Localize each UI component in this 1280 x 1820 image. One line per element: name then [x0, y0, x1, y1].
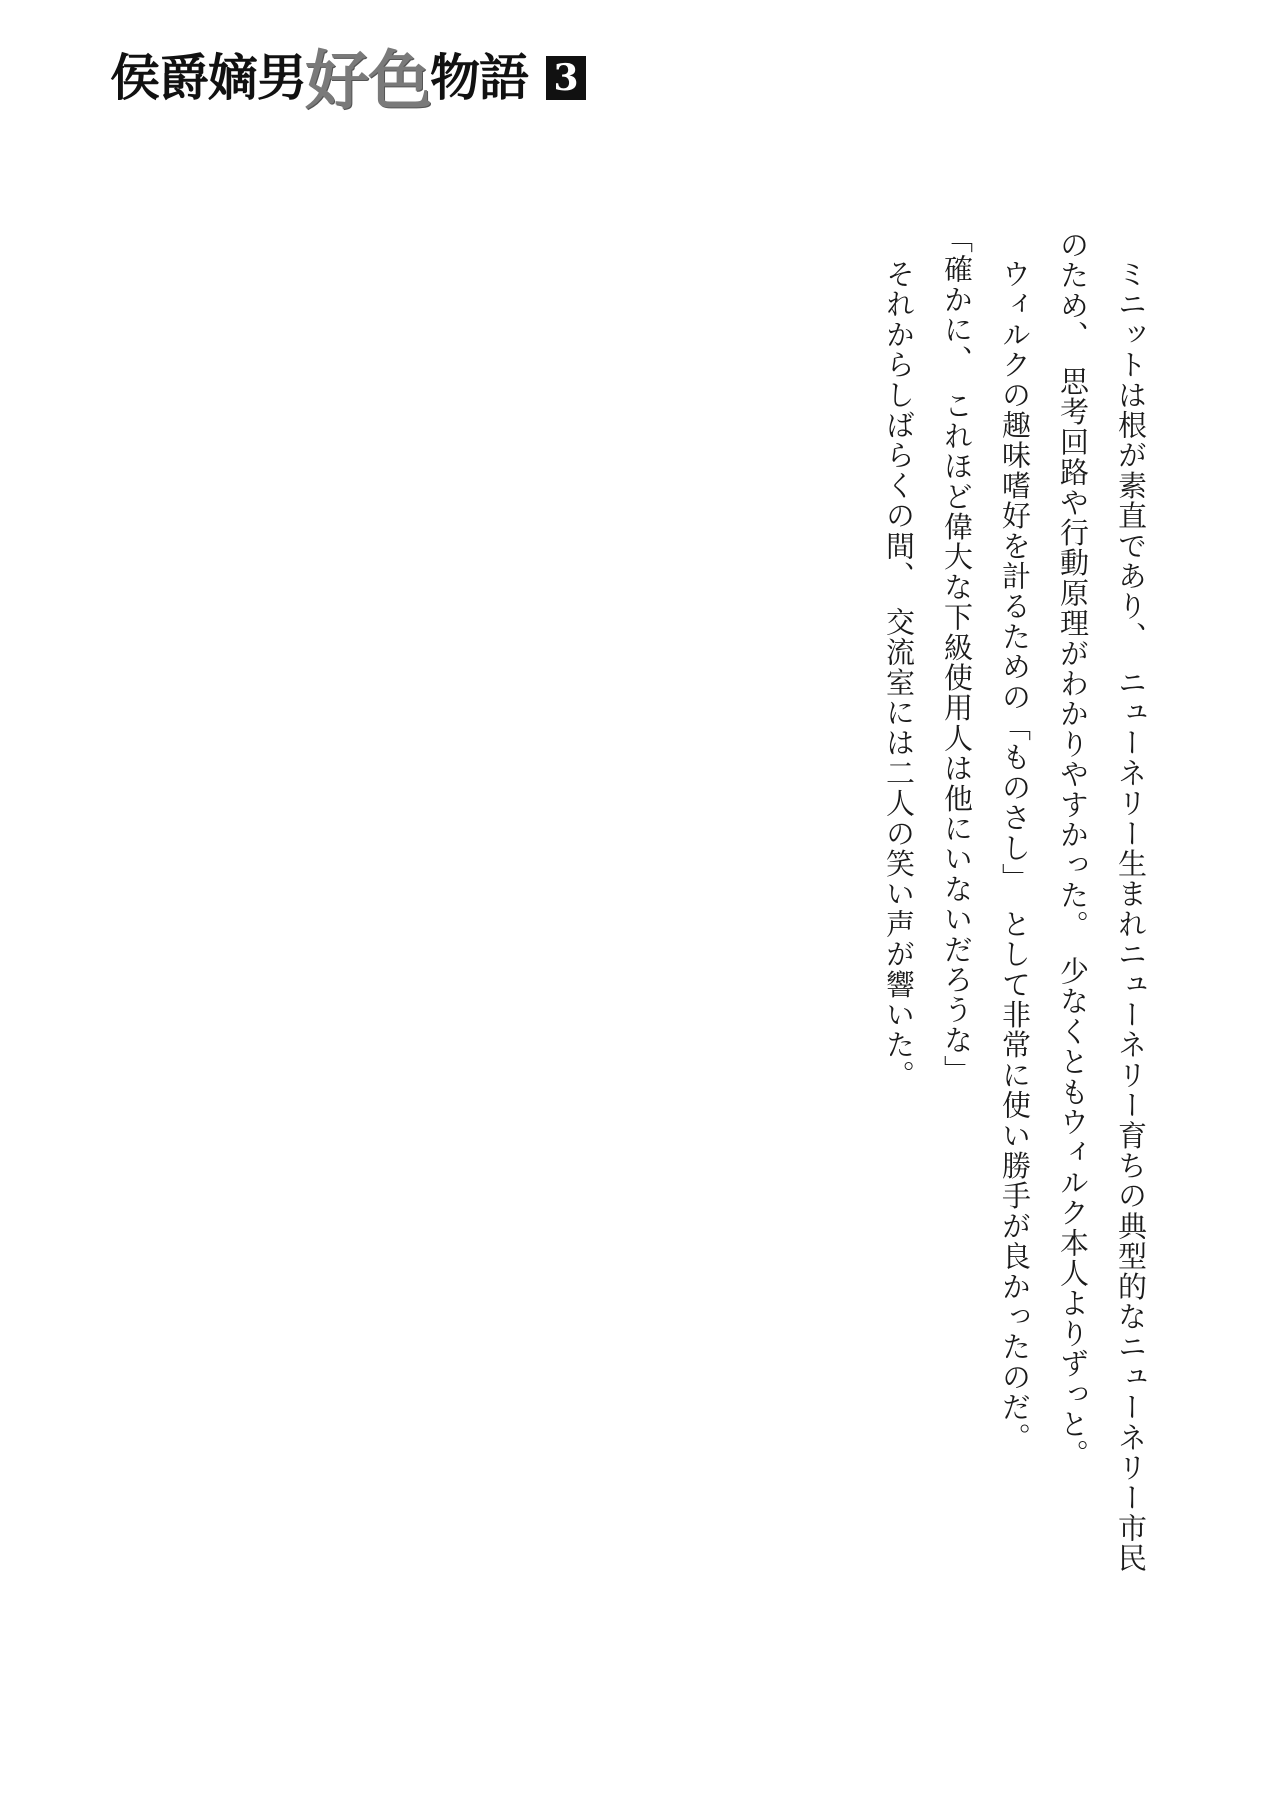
text-line-5: それからしばらくの間、 交流室には二人の笑い声が響いた。 [870, 230, 928, 1710]
book-title-header: 侯爵嫡男好色物語 3 [110, 46, 586, 110]
text-line-2: のため、 思考回路や行動原理がわかりやすかった。 少なくともウィルク本人よりずっ… [1044, 230, 1102, 1710]
title-part-1: 侯爵嫡男 [110, 48, 306, 108]
text-line-3: ウィルクの趣味嗜好を計るための「ものさし」 として非常に使い勝手が良かったのだ。 [986, 230, 1044, 1710]
text-line-1: ミニットは根が素直であり、 ニューネリー生まれニューネリー育ちの典型的なニューネ… [1102, 230, 1160, 1710]
title-emphasis: 好色 [305, 52, 431, 112]
volume-number-badge: 3 [546, 56, 586, 100]
title-part-2: 物語 [430, 48, 528, 108]
text-line-4-dialogue: 「確かに、 これほど偉大な下級使用人は他にいないだろうな」 [928, 224, 986, 1710]
vertical-body-text: ミニットは根が素直であり、 ニューネリー生まれニューネリー育ちの典型的なニューネ… [870, 230, 1160, 1710]
book-title: 侯爵嫡男好色物語 [110, 48, 528, 108]
